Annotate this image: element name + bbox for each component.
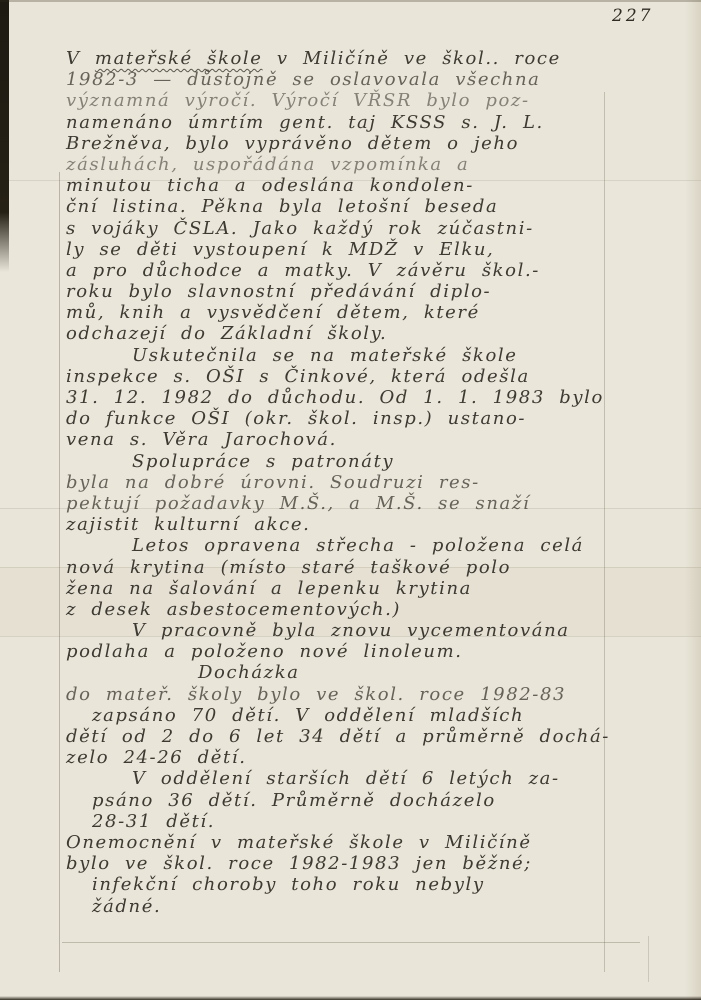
handwritten-line: 31. 12. 1982 do důchodu. Od 1. 1. 1983 b…: [66, 387, 641, 408]
first-line-rest: v Miličíně ve škol.. roce: [263, 48, 561, 69]
handwritten-line: Spolupráce s patronáty: [132, 451, 641, 472]
handwritten-line: s vojáky ČSLA. Jako každý rok zúčastni-: [66, 218, 641, 239]
handwritten-line: žena na šalování a lepenku krytina: [66, 578, 641, 599]
handwritten-line: vena s. Věra Jarochová.: [66, 429, 641, 450]
handwritten-line: psáno 36 dětí. Průměrně docházelo: [92, 790, 641, 811]
handwritten-line: podlaha a položeno nové linoleum.: [66, 641, 641, 662]
handwritten-line: byla na dobré úrovni. Soudruzi res-: [66, 472, 641, 493]
handwritten-line: minutou ticha a odeslána kondolen-: [66, 175, 641, 196]
topic-underlined-phrase: mateřské škole: [95, 48, 263, 69]
handwritten-line: do funkce OŠI (okr. škol. insp.) ustano-: [66, 408, 641, 429]
handwritten-line: zásluhách, uspořádána vzpomínka a: [66, 154, 641, 175]
handwritten-line: Onemocnění v mateřské škole v Miličíně: [66, 832, 641, 853]
scan-edge-left: [0, 0, 9, 272]
handwritten-line: 1982-3 — důstojně se oslavovala všechna: [66, 69, 641, 90]
handwritten-line: inspekce s. OŠI s Činkové, která odešla: [66, 366, 641, 387]
handwritten-line: žádné.: [92, 896, 641, 917]
handwritten-line: Letos opravena střecha - položena celá: [132, 535, 641, 556]
first-line-prefix: V: [66, 48, 95, 69]
handwritten-line: dětí od 2 do 6 let 34 dětí a průměrně do…: [66, 726, 641, 747]
handwritten-line: zajistit kulturní akce.: [66, 514, 641, 535]
handwritten-line: 28-31 dětí.: [92, 811, 641, 832]
scan-edge-bottom: [0, 996, 701, 1000]
first-line: V mateřské škole v Miličíně ve škol.. ro…: [66, 48, 641, 69]
pencil-margin-left: [59, 172, 60, 972]
pencil-bottom-rule: [62, 942, 640, 943]
scanned-chronicle-page: 227 V mateřské škole v Miličíně ve škol.…: [0, 0, 701, 1000]
handwritten-line: V pracovně byla znovu vycementována: [132, 620, 641, 641]
handwritten-line: nová krytina (místo staré taškové polo: [66, 557, 641, 578]
handwritten-line: mů, knih a vysvědčení dětem, které: [66, 302, 641, 323]
handwritten-line: a pro důchodce a matky. V závěru škol.-: [66, 260, 641, 281]
handwritten-line: ly se děti vystoupení k MDŽ v Elku,: [66, 239, 641, 260]
body-lines: 1982-3 — důstojně se oslavovala všechnav…: [66, 69, 641, 917]
handwritten-line: V oddělení starších dětí 6 letých za-: [132, 768, 641, 789]
handwritten-line: ční listina. Pěkna byla letošní beseda: [66, 196, 641, 217]
handwritten-line: zelo 24-26 dětí.: [66, 747, 641, 768]
handwritten-line: z desek asbestocementových.): [66, 599, 641, 620]
handwritten-line: do mateř. školy bylo ve škol. roce 1982-…: [66, 684, 641, 705]
handwritten-line: významná výročí. Výročí VŘSR bylo poz-: [66, 90, 641, 111]
handwritten-line: zapsáno 70 dětí. V oddělení mladších: [92, 705, 641, 726]
handwritten-line: bylo ve škol. roce 1982-1983 jen běžné;: [66, 853, 641, 874]
pencil-rule-right-short: [648, 936, 649, 982]
handwritten-text: V mateřské škole v Miličíně ve škol.. ro…: [66, 48, 641, 917]
page-edge-shading: [685, 0, 701, 1000]
scan-edge-top: [0, 0, 701, 2]
handwritten-line: namenáno úmrtím gent. taj KSSS s. J. L.: [66, 112, 641, 133]
handwritten-line: infekční choroby toho roku nebyly: [92, 874, 641, 895]
handwritten-line: Docházka: [198, 662, 641, 683]
handwritten-line: pektují požadavky M.Š., a M.Š. se snaží: [66, 493, 641, 514]
handwritten-line: Uskutečnila se na mateřské škole: [132, 345, 641, 366]
page-number: 227: [612, 6, 653, 26]
handwritten-line: odchazejí do Základní školy.: [66, 323, 641, 344]
handwritten-line: roku bylo slavnostní předávání diplo-: [66, 281, 641, 302]
handwritten-line: Brežněva, bylo vyprávěno dětem o jeho: [66, 133, 641, 154]
